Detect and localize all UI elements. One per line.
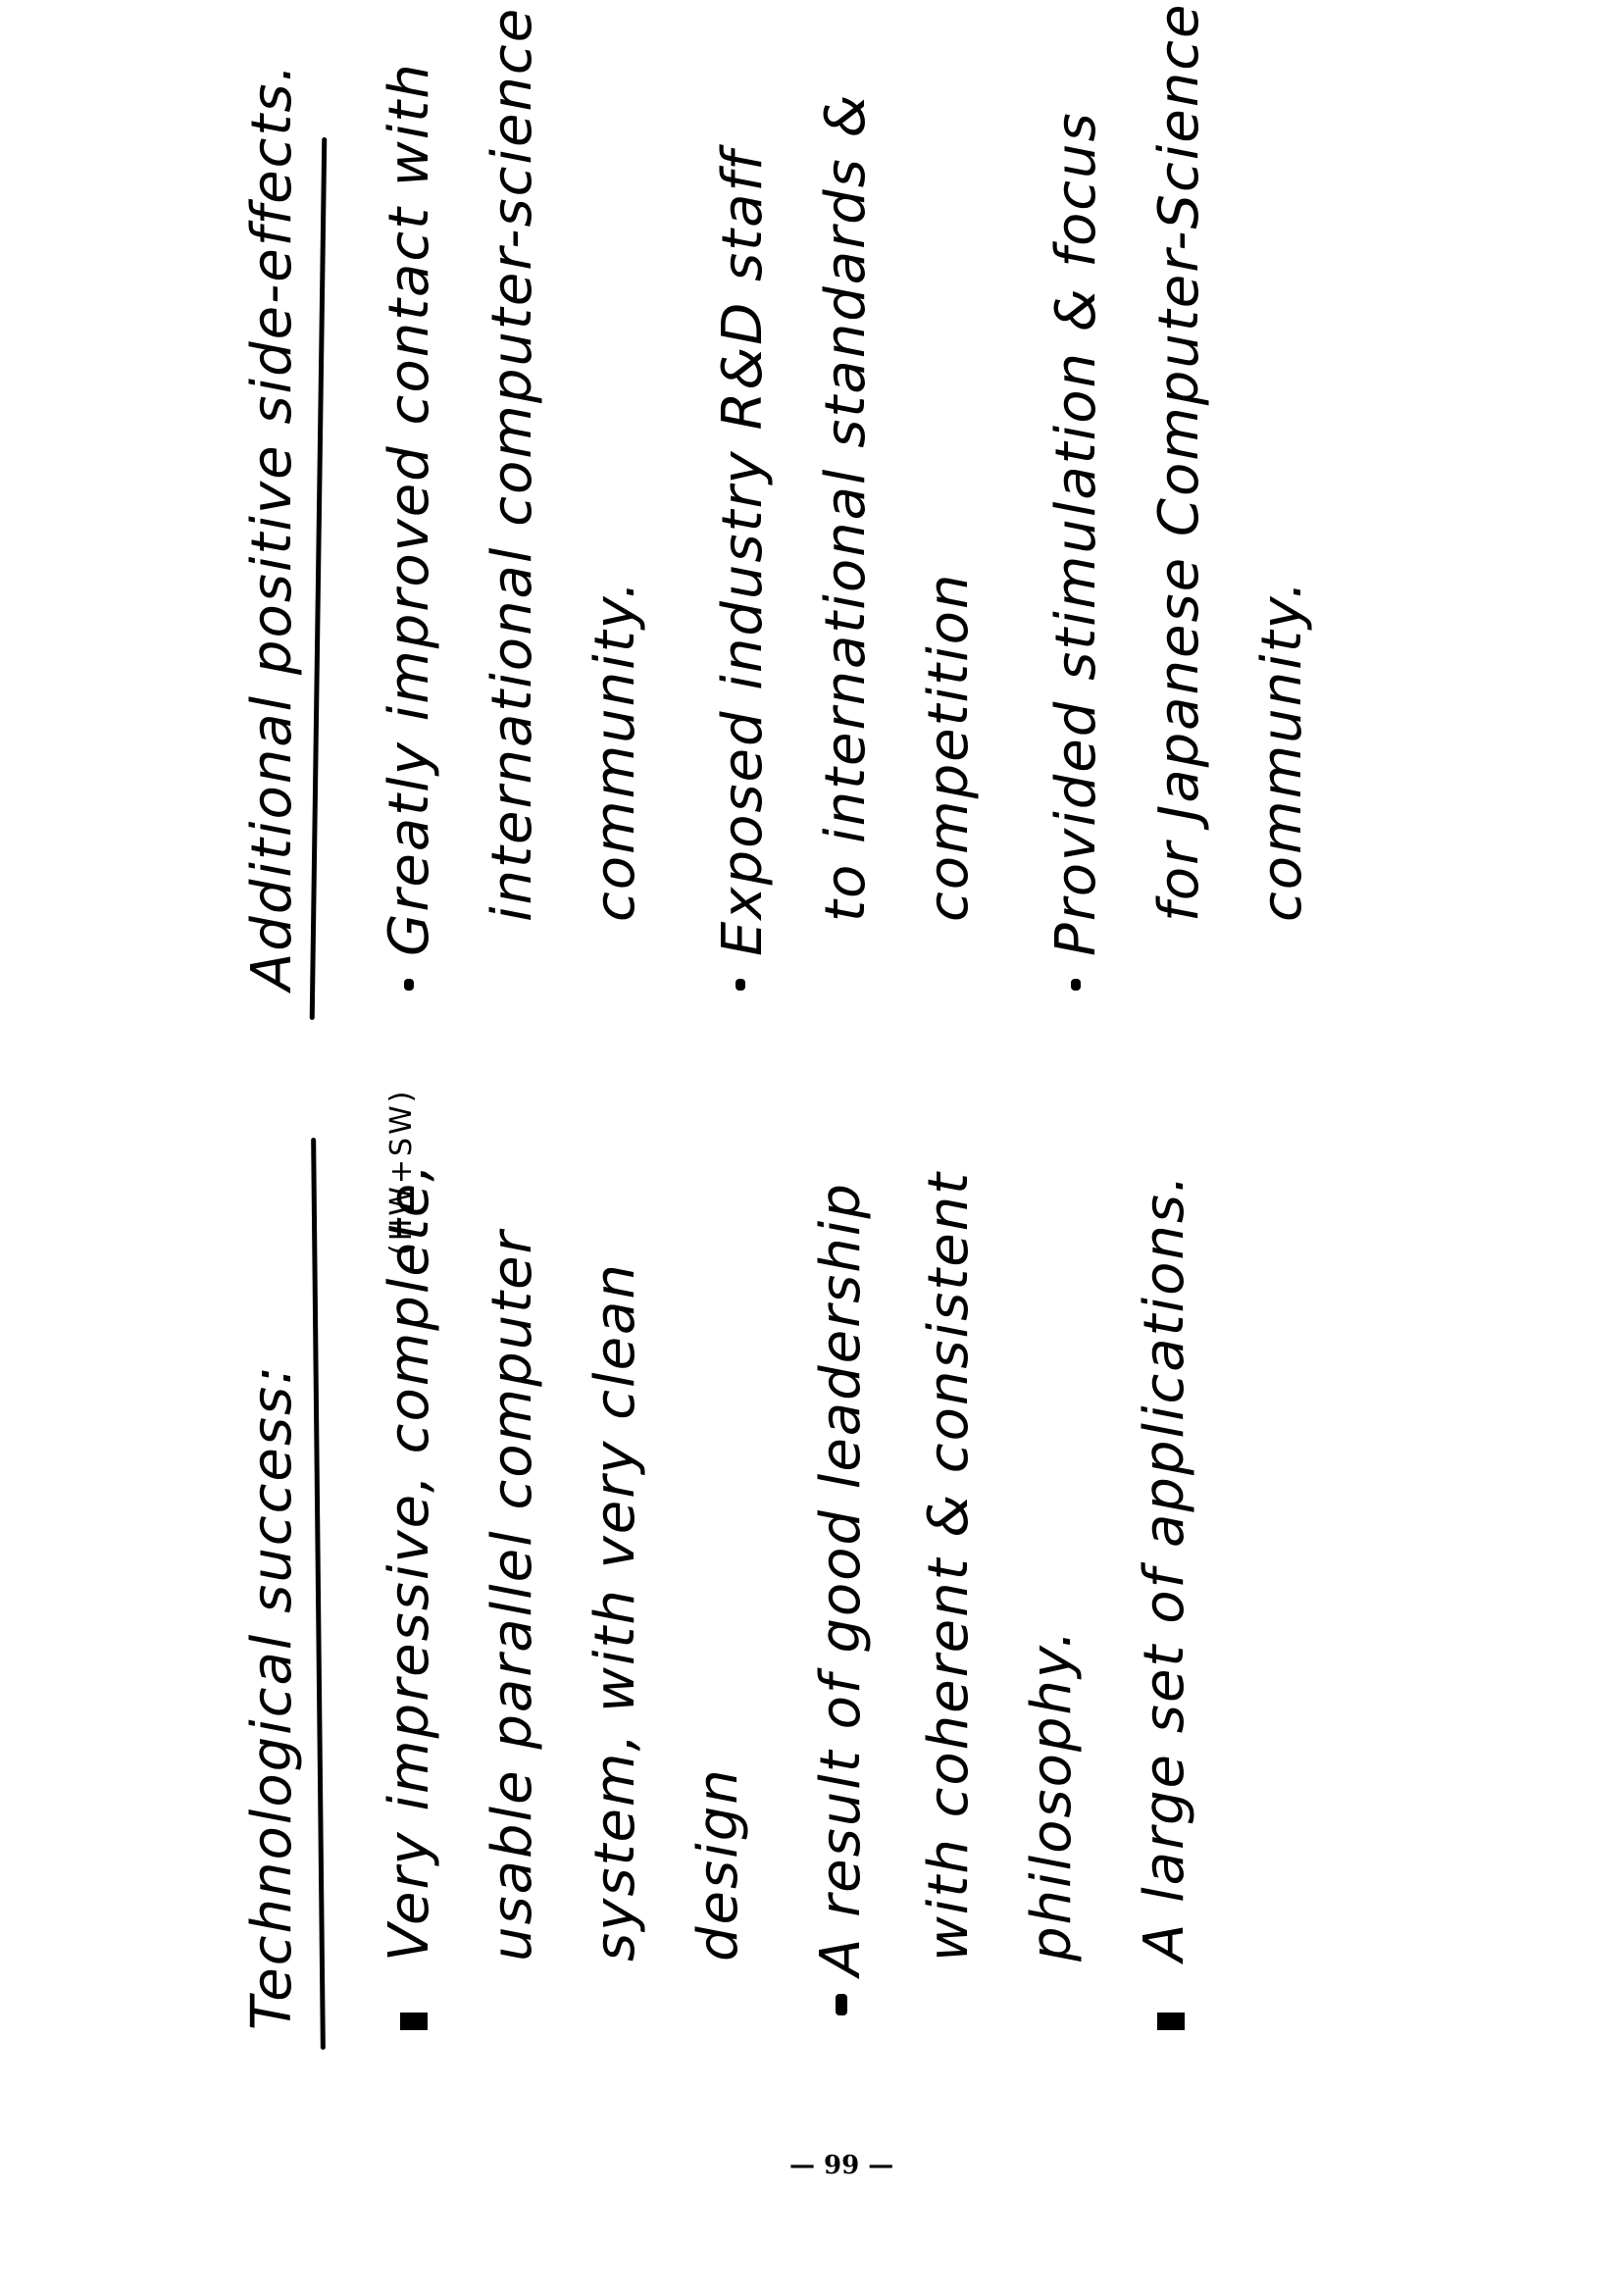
item-line: Greatly improved contact with [382, 62, 437, 956]
item-line: with coherent & consistent [922, 1171, 977, 1962]
bullet-square-icon [1157, 2013, 1185, 2030]
bullet-dash-icon [736, 979, 745, 991]
section-heading: Additional positive side-effects. [245, 63, 300, 991]
bullet-dash-icon [836, 1994, 847, 2015]
item-line: usable parallel computer [485, 1229, 540, 1962]
item-line: A result of good leadership [814, 1182, 869, 1976]
item-line: international computer-science [485, 7, 540, 922]
document-page: Technological success: Very impressive, … [0, 0, 1624, 2293]
item-line: Provided stimulation & focus [1049, 111, 1104, 956]
item-line: A large set of applications. [1138, 1173, 1193, 1962]
item-line: competition [922, 573, 977, 922]
page-number: — 99 — [789, 2151, 893, 2180]
section-heading: Technological success: [245, 1364, 300, 2030]
rotated-content: Technological success: Very impressive, … [226, 118, 1383, 2069]
heading-underline [311, 1138, 326, 2050]
bullet-square-icon [400, 2013, 428, 2030]
item-line: Exposed industry R&D staff [716, 149, 771, 956]
bullet-dash-icon [1071, 979, 1081, 991]
item-line: design [691, 1767, 746, 1962]
item-line: system, with very clean [588, 1262, 643, 1962]
item-line: for Japanese Computer-Science [1152, 3, 1207, 922]
item-line: philosophy. [1025, 1629, 1080, 1962]
item-line: Very impressive, complete, [382, 1162, 437, 1962]
bullet-dash-icon [404, 979, 414, 991]
item-line: to international standards & [819, 93, 874, 922]
hw-sw-annotation: (HW+SW) [387, 1089, 417, 1255]
item-line: community. [1255, 580, 1310, 922]
item-line: community. [588, 580, 643, 922]
heading-underline [310, 137, 328, 1020]
